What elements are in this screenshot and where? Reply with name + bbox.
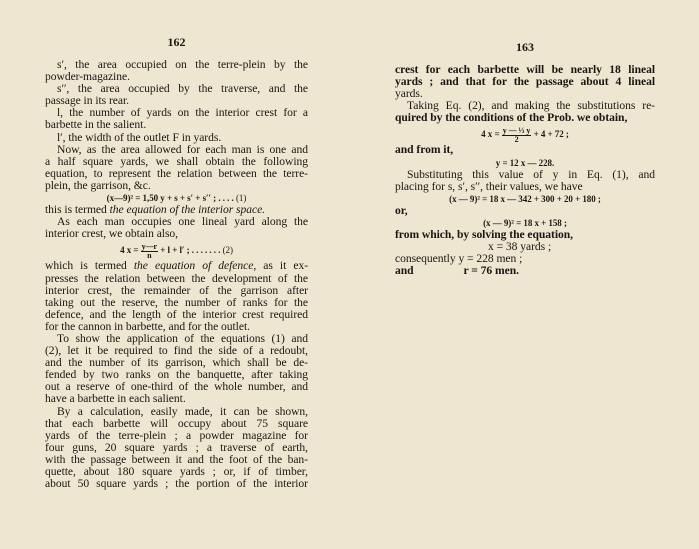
text-line: interior crest, we obtain also, (45, 228, 308, 240)
fraction: y — ⅓ y 2 (502, 127, 532, 144)
text-line: placing for s, s′, s′′, their values, we… (395, 181, 655, 193)
text-line: barbette in the salient. (45, 119, 308, 131)
italic-term: the equation of defence (134, 259, 253, 272)
text-line: interior crest, the remainder of the gar… (45, 285, 308, 297)
text-line: yards of the terre-plein ; a powder maga… (45, 430, 308, 442)
equation-lhs: 4 x = (120, 245, 138, 255)
equation-expanded: (x — 9)² = 18 x — 342 + 300 + 20 + 180 ; (395, 193, 655, 205)
right-page-body: crest for each barbette will be nearly 1… (395, 64, 655, 278)
equation-label: (1) (236, 193, 246, 203)
result-r-line: andr = 76 men. (395, 265, 655, 277)
text-line: which is termed the equation of defence,… (45, 260, 308, 272)
equation-substituted: 4 x = y — ⅓ y 2 + 4 + 72 ; (395, 124, 655, 144)
equation-lhs: 4 x = (481, 129, 499, 139)
equation-leader-dots: . . . . . . . (192, 245, 221, 255)
page-number: 162 (45, 35, 308, 50)
equation-label: (2) (223, 245, 233, 255)
text-fragment: which is termed (45, 259, 134, 272)
left-page-body: s′, the area occupied on the terre-plein… (45, 59, 308, 490)
page-number: 163 (395, 40, 655, 55)
text-line: presses the relation between the develop… (45, 273, 308, 285)
text-line: taking out the reserve, the number of ra… (45, 297, 308, 309)
text-line: about 50 square yards ; the portion of t… (45, 478, 308, 490)
text-fragment: and (395, 264, 414, 277)
equation-rhs: + l + l′ ; (160, 245, 189, 255)
result-y-line: consequently y = 228 men ; (395, 253, 655, 265)
text-line: yards ; and that for the passage about 4… (395, 76, 655, 88)
text-line: By a calculation, easily made, it can be… (45, 406, 308, 418)
equation-leader-dots: . . . . (218, 193, 233, 203)
text-line: or, (395, 205, 655, 217)
equation-rhs: + 4 + 72 ; (534, 129, 569, 139)
fraction-denominator: 2 (502, 136, 532, 144)
text-fragment: , as it ex- (253, 259, 308, 272)
italic-term: the equation of the interior space. (110, 203, 265, 216)
text-line: quired by the conditions of the Prob. we… (395, 112, 655, 124)
text-line: have a barbette in each salient. (45, 393, 308, 405)
text-line: l′, the width of the outlet F in yards. (45, 132, 308, 144)
result-y: y = 228 men ; (458, 252, 522, 265)
text-line: that each barbette will occupy about 75 … (45, 418, 308, 430)
equation-y: y = 12 x — 228. (395, 157, 655, 169)
text-line: Substituting this value of y in Eq. (1),… (395, 169, 655, 181)
text-fragment: consequently (395, 252, 456, 265)
text-line: Now, as the area allowed for each man is… (45, 144, 308, 156)
equation-expression: (x—9)² = 1,50 y + s + s′ + s′′ ; (107, 193, 216, 203)
text-line: and from it, (395, 144, 655, 156)
text-fragment: this is termed (45, 203, 110, 216)
fraction: y—r n (141, 243, 158, 260)
equation-defence: 4 x = y—r n + l + l′ ; . . . . . . . (2) (45, 240, 308, 260)
result-r: r = 76 men. (464, 264, 519, 277)
text-line: plein, the garrison, &c. (45, 180, 308, 192)
